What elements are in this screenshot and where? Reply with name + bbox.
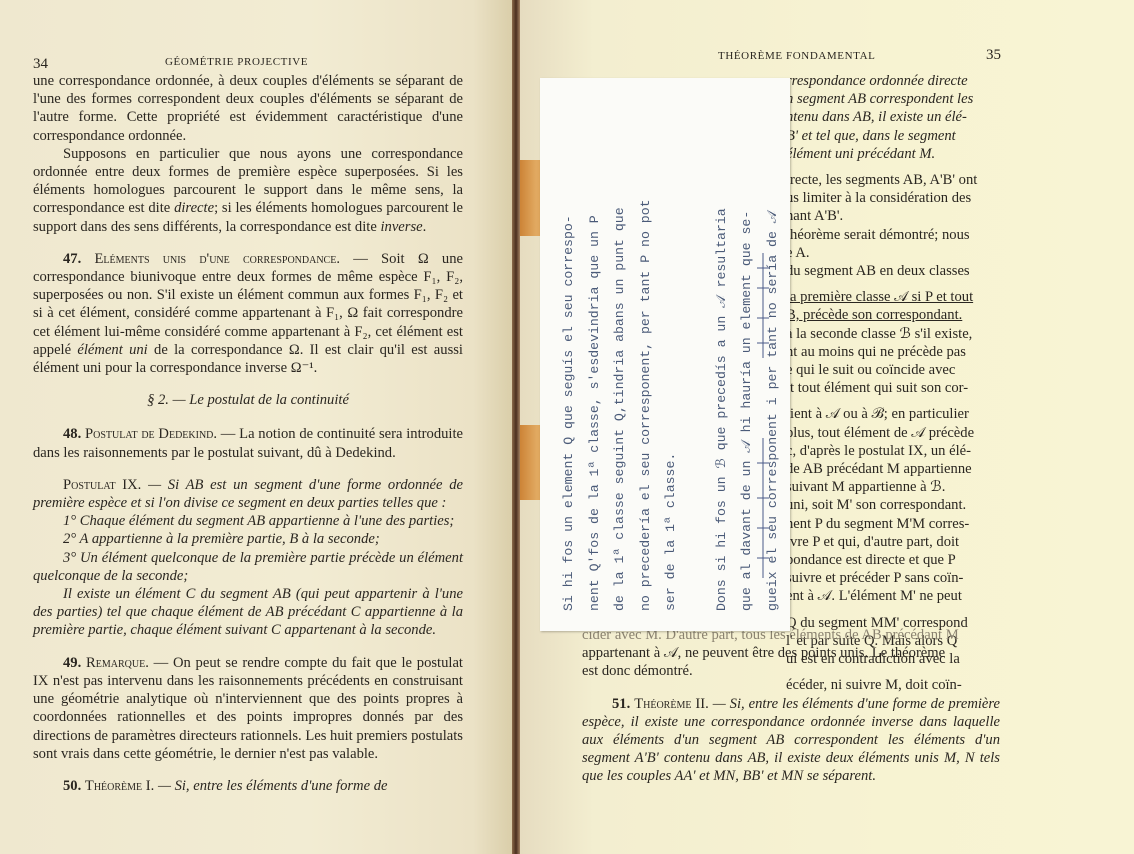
handwritten-diagram [735,78,790,631]
postulat-ix: Postulat IX. — Si AB est un segment d'un… [33,476,463,512]
note-line: Si hi fos un element Q que seguís el seu… [556,78,582,611]
section-47: 47. Eléments unis d'une correspondance. … [33,250,463,377]
book-gutter [512,0,520,854]
running-header-left: GÉOMÉTRIE PROJECTIVE [165,56,308,68]
running-header-right: THÉORÈME FONDAMENTAL [718,50,875,62]
section-heading: § 2. — Le postulat de la continuité [33,391,463,409]
right-partial-lines: rrespondance ordonnée directe n segment … [786,72,1004,695]
note-line: de la 1ª classe seguint Q,tindria abans … [607,78,633,611]
section-51: 51. Théorème II. — Si, entre les élément… [582,695,1000,786]
postulat-item-2: 2° A appartienne à la première partie, B… [33,530,463,548]
section-48: 48. Postulat de Dedekind. — La notion de… [33,425,463,461]
left-text-block: une correspondance ordonnée, à deux coup… [33,72,463,795]
page-number-left: 34 [33,56,48,73]
postulat-item-3: 3° Un élément quelconque de la première … [33,549,463,585]
paragraph-suppose: Supposons en particulier que nous ayons … [33,145,463,236]
postulat-item-1: 1° Chaque élément du segment AB appartie… [33,512,463,530]
note-line: no precedería el seu corresponent, per t… [633,78,659,611]
right-full-text-block: cider avec M. D'autre part, tous les élé… [582,626,1000,786]
note-line: nent Q'fos de la 1ª classe, s'esdevindri… [582,78,608,611]
section-50: 50. Théorème I. — Si, entre les éléments… [33,777,463,795]
page-number-right: 35 [986,47,1001,64]
paragraph-intro: une correspondance ordonnée, à deux coup… [33,72,463,145]
left-page: 34 GÉOMÉTRIE PROJECTIVE une correspondan… [0,0,514,854]
section-49: 49. Remarque. — On peut se rendre compte… [33,654,463,763]
postulat-conclusion: Il existe un élément C du segment AB (qu… [33,585,463,640]
typed-note: Si hi fos un element Q que seguís el seu… [540,78,790,631]
note-line: ser de la 1ª classe. [658,78,684,611]
note-line: Dons si hi fos un ℬ que precedís a un 𝒜 … [709,78,735,611]
